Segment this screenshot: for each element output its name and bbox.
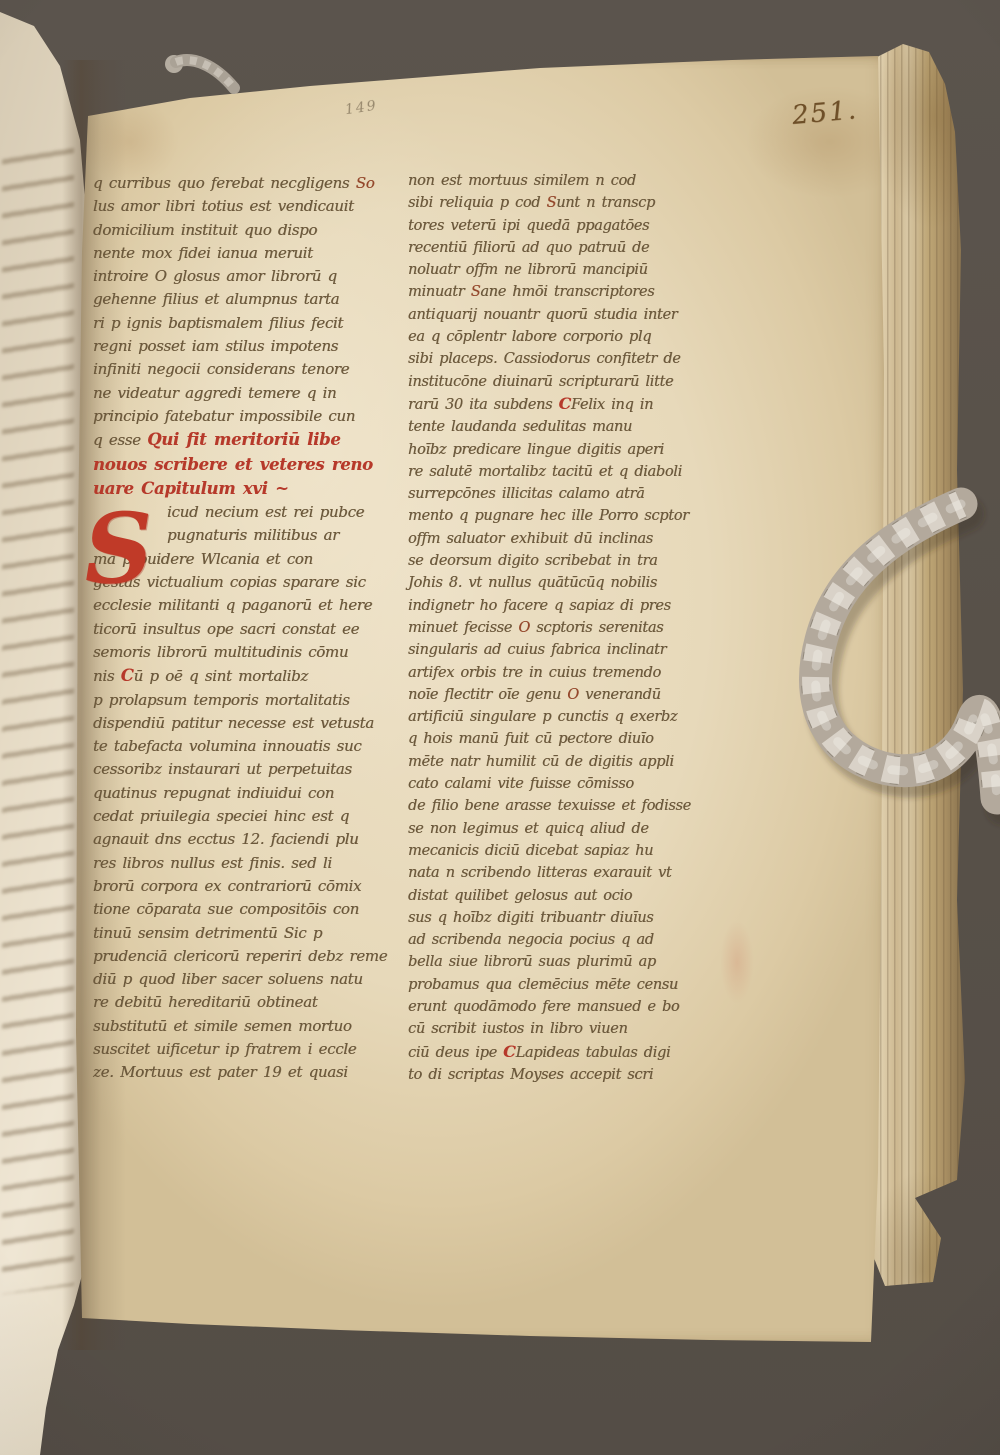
manuscript-text: semoris librorū multitudinis cōmu	[93, 643, 348, 661]
manuscript-text: regni posset iam stilus impotens	[93, 337, 338, 355]
manuscript-text: ad scribenda negocia pocius q ad	[408, 932, 654, 948]
manuscript-text: hoībz predicare lingue digitis aperi	[408, 442, 664, 458]
manuscript-line: ri p ignis baptismalem filius fecit	[93, 312, 398, 335]
manuscript-text: icud necium est rei pubce	[167, 503, 364, 521]
manuscript-text: probamus qua clemēcius mēte censu	[408, 977, 678, 993]
manuscript-text: non est mortuus similem n cod	[408, 173, 636, 189]
manuscript-line: q hois manū fuit cū pectore diuīo	[408, 728, 730, 750]
manuscript-text: ciū deus ipe	[408, 1045, 503, 1061]
manuscript-line: diū p quod liber sacer soluens natu	[93, 968, 398, 991]
manuscript-text: rarū 30 ita subdens	[408, 397, 559, 413]
manuscript-line: indignetr ho facere q sapiaz di pres	[408, 595, 730, 617]
manuscript-line: nis Cū p oē q sint mortalibz	[93, 664, 398, 688]
manuscript-line: institucōne diuinarū scripturarū litte	[408, 371, 730, 393]
manuscript-text: tione cōparata sue compositōis con	[93, 900, 359, 918]
manuscript-line: ad scribenda negocia pocius q ad	[408, 929, 730, 951]
manuscript-text: dispendiū patitur necesse est vetusta	[93, 714, 374, 732]
manuscript-text: minuatr	[408, 284, 471, 300]
manuscript-text: re salutē mortalibz tacitū et q diaboli	[408, 464, 682, 480]
manuscript-text: de filio bene arasse texuisse et fodisse	[408, 798, 691, 814]
manuscript-text: ri p ignis baptismalem filius fecit	[93, 314, 343, 332]
manuscript-text: unt n transcp	[556, 195, 655, 211]
manuscript-photo: 149 251. S q curribus quo ferebat necgli…	[0, 0, 1000, 1455]
manuscript-line: re salutē mortalibz tacitū et q diaboli	[408, 461, 730, 483]
rubric-text: C	[503, 1042, 515, 1061]
manuscript-line: mecanicis diciū dicebat sapiaz hu	[408, 840, 730, 862]
manuscript-text: re debitū hereditariū obtineat	[93, 993, 317, 1011]
manuscript-text: indignetr ho facere q sapiaz di pres	[408, 598, 671, 614]
manuscript-line: q curribus quo ferebat necgligens So	[93, 172, 398, 195]
manuscript-text: nata n scribendo litteras exarauit vt	[408, 865, 671, 881]
manuscript-text: antiquarij nouantr quorū studia inter	[408, 307, 677, 323]
manuscript-text: to di scriptas Moyses accepit scri	[408, 1067, 653, 1083]
manuscript-text: surrepcōnes illicitas calamo atrā	[408, 486, 644, 502]
manuscript-line: cessoribz instaurari ut perpetuitas	[93, 758, 398, 781]
manuscript-text: Johis 8. vt nullus quātūcūq nobilis	[408, 575, 657, 591]
manuscript-text: O	[518, 620, 530, 636]
manuscript-line: sus q hoībz digiti tribuantr diuīus	[408, 907, 730, 929]
manuscript-text: te tabefacta volumina innouatis suc	[93, 737, 361, 755]
manuscript-text: venerandū	[579, 687, 661, 703]
rubric-text: C	[559, 394, 571, 413]
manuscript-text: mēte natr humilit cū de digitis appli	[408, 754, 674, 770]
manuscript-line: p prolapsum temporis mortalitatis	[93, 689, 398, 712]
manuscript-text: mento q pugnare hec ille Porro scptor	[408, 508, 689, 524]
rubric-text: C	[121, 666, 134, 685]
manuscript-line: recentiū filiorū ad quo patruū de	[408, 237, 730, 259]
manuscript-line: se non legimus et quicq aliud de	[408, 818, 730, 840]
manuscript-line: minuatr Sane hmōi transcriptores	[408, 281, 730, 303]
folio-number: 251.	[791, 95, 859, 131]
manuscript-text: mecanicis diciū dicebat sapiaz hu	[408, 843, 653, 859]
manuscript-line: nente mox fidei ianua meruit	[93, 242, 398, 265]
manuscript-text: substitutū et simile semen mortuo	[93, 1017, 352, 1035]
manuscript-line: brorū corpora ex contrariorū cōmix	[93, 875, 398, 898]
manuscript-line: te tabefacta volumina innouatis suc	[93, 735, 398, 758]
manuscript-line: tione cōparata sue compositōis con	[93, 898, 398, 921]
manuscript-text: p prolapsum temporis mortalitatis	[93, 691, 350, 709]
manuscript-text: cedat priuilegia speciei hinc est q	[93, 807, 349, 825]
manuscript-line: sibi reliquia p cod Sunt n transcp	[408, 192, 730, 214]
manuscript-text: bella siue librorū suas plurimū ap	[408, 954, 656, 970]
rubric-text: Qui fit meritoriū libe	[147, 430, 340, 449]
manuscript-text: q curribus quo ferebat necgligens	[93, 174, 356, 192]
manuscript-line: hoībz predicare lingue digitis aperi	[408, 439, 730, 461]
manuscript-line: tente laudanda sedulitas manu	[408, 416, 730, 438]
manuscript-text: se deorsum digito scribebat in tra	[408, 553, 657, 569]
manuscript-text: lus amor libri totius est vendicauit	[93, 197, 354, 215]
manuscript-text: ea q cōplentr labore corporio plq	[408, 329, 651, 345]
manuscript-text: tores veterū ipi quedā ppagatōes	[408, 218, 649, 234]
manuscript-text: nis	[93, 667, 121, 685]
manuscript-line: mēte natr humilit cū de digitis appli	[408, 751, 730, 773]
manuscript-line: cū scribit iustos in libro viuen	[408, 1018, 730, 1040]
manuscript-line: artifex orbis tre in cuius tremendo	[408, 662, 730, 684]
manuscript-line: antiquarij nouantr quorū studia inter	[408, 304, 730, 326]
manuscript-text: pugnaturis militibus ar	[167, 526, 339, 544]
manuscript-line: lus amor libri totius est vendicauit	[93, 195, 398, 218]
manuscript-text: sibi reliquia p cod	[408, 195, 547, 211]
text-column-right: non est mortuus similem n codsibi reliqu…	[408, 170, 730, 1086]
manuscript-line: rarū 30 ita subdens CFelix inq in	[408, 393, 730, 416]
manuscript-text: S	[547, 195, 557, 211]
manuscript-line: minuet fecisse O scptoris serenitas	[408, 617, 730, 639]
manuscript-line: non est mortuus similem n cod	[408, 170, 730, 192]
manuscript-text: ze. Mortuus est pater 19 et quasi	[93, 1063, 348, 1081]
sewing-band-end	[165, 55, 234, 88]
manuscript-text: cū scribit iustos in libro viuen	[408, 1021, 627, 1037]
manuscript-line: de filio bene arasse texuisse et fodisse	[408, 795, 730, 817]
manuscript-line: principio fatebatur impossibile cun	[93, 405, 398, 428]
manuscript-text: artificiū singulare p cunctis q exerbz	[408, 709, 677, 725]
manuscript-text: sus q hoībz digiti tribuantr diuīus	[408, 910, 653, 926]
manuscript-text: infiniti negocii considerans tenore	[93, 360, 349, 378]
manuscript-line: tinuū sensim detrimentū Sic p	[93, 922, 398, 945]
text-column-left: q curribus quo ferebat necgligens Solus …	[93, 172, 398, 1085]
manuscript-text: S	[471, 284, 481, 300]
manuscript-line: res libros nullus est finis. sed li	[93, 852, 398, 875]
manuscript-text: ticorū insultus ope sacri constat ee	[93, 620, 359, 638]
manuscript-text: recentiū filiorū ad quo patruū de	[408, 240, 649, 256]
manuscript-text: ū p oē q sint mortalibz	[134, 667, 308, 685]
manuscript-line: to di scriptas Moyses accepit scri	[408, 1064, 730, 1086]
manuscript-text: artifex orbis tre in cuius tremendo	[408, 665, 661, 681]
manuscript-text: distat quilibet gelosus aut ocio	[408, 888, 632, 904]
manuscript-text: cato calami vite fuisse cōmisso	[408, 776, 634, 792]
manuscript-text: introire O glosus amor librorū q	[93, 267, 337, 285]
manuscript-line: regni posset iam stilus impotens	[93, 335, 398, 358]
manuscript-text: cessoribz instaurari ut perpetuitas	[93, 760, 352, 778]
manuscript-line: substitutū et simile semen mortuo	[93, 1015, 398, 1038]
manuscript-text: tente laudanda sedulitas manu	[408, 419, 632, 435]
manuscript-line: tores veterū ipi quedā ppagatōes	[408, 215, 730, 237]
manuscript-line: offm saluator exhibuit dū inclinas	[408, 528, 730, 550]
manuscript-line: ticorū insultus ope sacri constat ee	[93, 618, 398, 641]
manuscript-text: domicilium instituit quo dispo	[93, 221, 317, 239]
manuscript-line: noīe flectitr oīe genu O venerandū	[408, 684, 730, 706]
manuscript-line: ze. Mortuus est pater 19 et quasi	[93, 1061, 398, 1084]
manuscript-line: artificiū singulare p cunctis q exerbz	[408, 706, 730, 728]
manuscript-line: singularis ad cuius fabrica inclinatr	[408, 639, 730, 661]
manuscript-line: se deorsum digito scribebat in tra	[408, 550, 730, 572]
manuscript-line: bella siue librorū suas plurimū ap	[408, 951, 730, 973]
manuscript-line: ea q cōplentr labore corporio plq	[408, 326, 730, 348]
manuscript-line: Johis 8. vt nullus quātūcūq nobilis	[408, 572, 730, 594]
manuscript-line: re debitū hereditariū obtineat	[93, 991, 398, 1014]
manuscript-text: nente mox fidei ianua meruit	[93, 244, 313, 262]
manuscript-line: sibi placeps. Cassiodorus confitetr de	[408, 348, 730, 370]
manuscript-text: quatinus repugnat indiuidui con	[93, 784, 334, 802]
manuscript-text: O	[567, 687, 579, 703]
manuscript-text: q esse	[93, 431, 147, 449]
manuscript-text: se non legimus et quicq aliud de	[408, 821, 649, 837]
manuscript-text: brorū corpora ex contrariorū cōmix	[93, 877, 361, 895]
manuscript-line: distat quilibet gelosus aut ocio	[408, 885, 730, 907]
manuscript-text: principio fatebatur impossibile cun	[93, 407, 355, 425]
manuscript-line: erunt quodāmodo fere mansued e bo	[408, 996, 730, 1018]
manuscript-text: So	[356, 174, 375, 192]
manuscript-text: institucōne diuinarū scripturarū litte	[408, 374, 673, 390]
manuscript-text: minuet fecisse	[408, 620, 518, 636]
manuscript-text: agnauit dns ecctus 12. faciendi plu	[93, 830, 359, 848]
manuscript-text: offm saluator exhibuit dū inclinas	[408, 531, 653, 547]
manuscript-text: Felix inq in	[571, 397, 653, 413]
illuminated-initial: S	[83, 505, 155, 594]
manuscript-line: mento q pugnare hec ille Porro scptor	[408, 505, 730, 527]
manuscript-text: Lapideas tabulas digi	[516, 1045, 671, 1061]
manuscript-line: surrepcōnes illicitas calamo atrā	[408, 483, 730, 505]
manuscript-text: res libros nullus est finis. sed li	[93, 854, 332, 872]
manuscript-line: nouos scribere et veteres reno	[93, 453, 398, 477]
manuscript-line: suscitet uificetur ip fratrem i eccle	[93, 1038, 398, 1061]
manuscript-line: dispendiū patitur necesse est vetusta	[93, 712, 398, 735]
manuscript-line: introire O glosus amor librorū q	[93, 265, 398, 288]
manuscript-line: semoris librorū multitudinis cōmu	[93, 641, 398, 664]
manuscript-line: ciū deus ipe CLapideas tabulas digi	[408, 1041, 730, 1064]
rubric-text: nouos scribere et veteres reno	[93, 455, 373, 474]
manuscript-text: sibi placeps. Cassiodorus confitetr de	[408, 351, 681, 367]
manuscript-line: domicilium instituit quo dispo	[93, 219, 398, 242]
manuscript-line: quatinus repugnat indiuidui con	[93, 782, 398, 805]
manuscript-text: gehenne filius et alumpnus tarta	[93, 290, 339, 308]
manuscript-text: erunt quodāmodo fere mansued e bo	[408, 999, 679, 1015]
manuscript-line: probamus qua clemēcius mēte censu	[408, 974, 730, 996]
manuscript-text: q hois manū fuit cū pectore diuīo	[408, 731, 654, 747]
manuscript-line: noluatr offm ne librorū mancipiū	[408, 259, 730, 281]
manuscript-text: scptoris serenitas	[530, 620, 663, 636]
manuscript-text: ane hmōi transcriptores	[480, 284, 654, 300]
manuscript-text: ne videatur aggredi temere q in	[93, 384, 336, 402]
manuscript-line: cedat priuilegia speciei hinc est q	[93, 805, 398, 828]
manuscript-line: infiniti negocii considerans tenore	[93, 358, 398, 381]
manuscript-line: prudenciā clericorū reperiri debz reme	[93, 945, 398, 968]
manuscript-text: diū p quod liber sacer soluens natu	[93, 970, 363, 988]
manuscript-text: prudenciā clericorū reperiri debz reme	[93, 947, 387, 965]
manuscript-line: q esse Qui fit meritoriū libe	[93, 428, 398, 452]
manuscript-line: nata n scribendo litteras exarauit vt	[408, 862, 730, 884]
manuscript-text: suscitet uificetur ip fratrem i eccle	[93, 1040, 356, 1058]
manuscript-text: singularis ad cuius fabrica inclinatr	[408, 642, 666, 658]
manuscript-line: gehenne filius et alumpnus tarta	[93, 288, 398, 311]
manuscript-text: noīe flectitr oīe genu	[408, 687, 567, 703]
manuscript-line: ne videatur aggredi temere q in	[93, 382, 398, 405]
manuscript-text: noluatr offm ne librorū mancipiū	[408, 262, 648, 278]
manuscript-line: agnauit dns ecctus 12. faciendi plu	[93, 828, 398, 851]
manuscript-line: cato calami vite fuisse cōmisso	[408, 773, 730, 795]
manuscript-text: tinuū sensim detrimentū Sic p	[93, 924, 322, 942]
